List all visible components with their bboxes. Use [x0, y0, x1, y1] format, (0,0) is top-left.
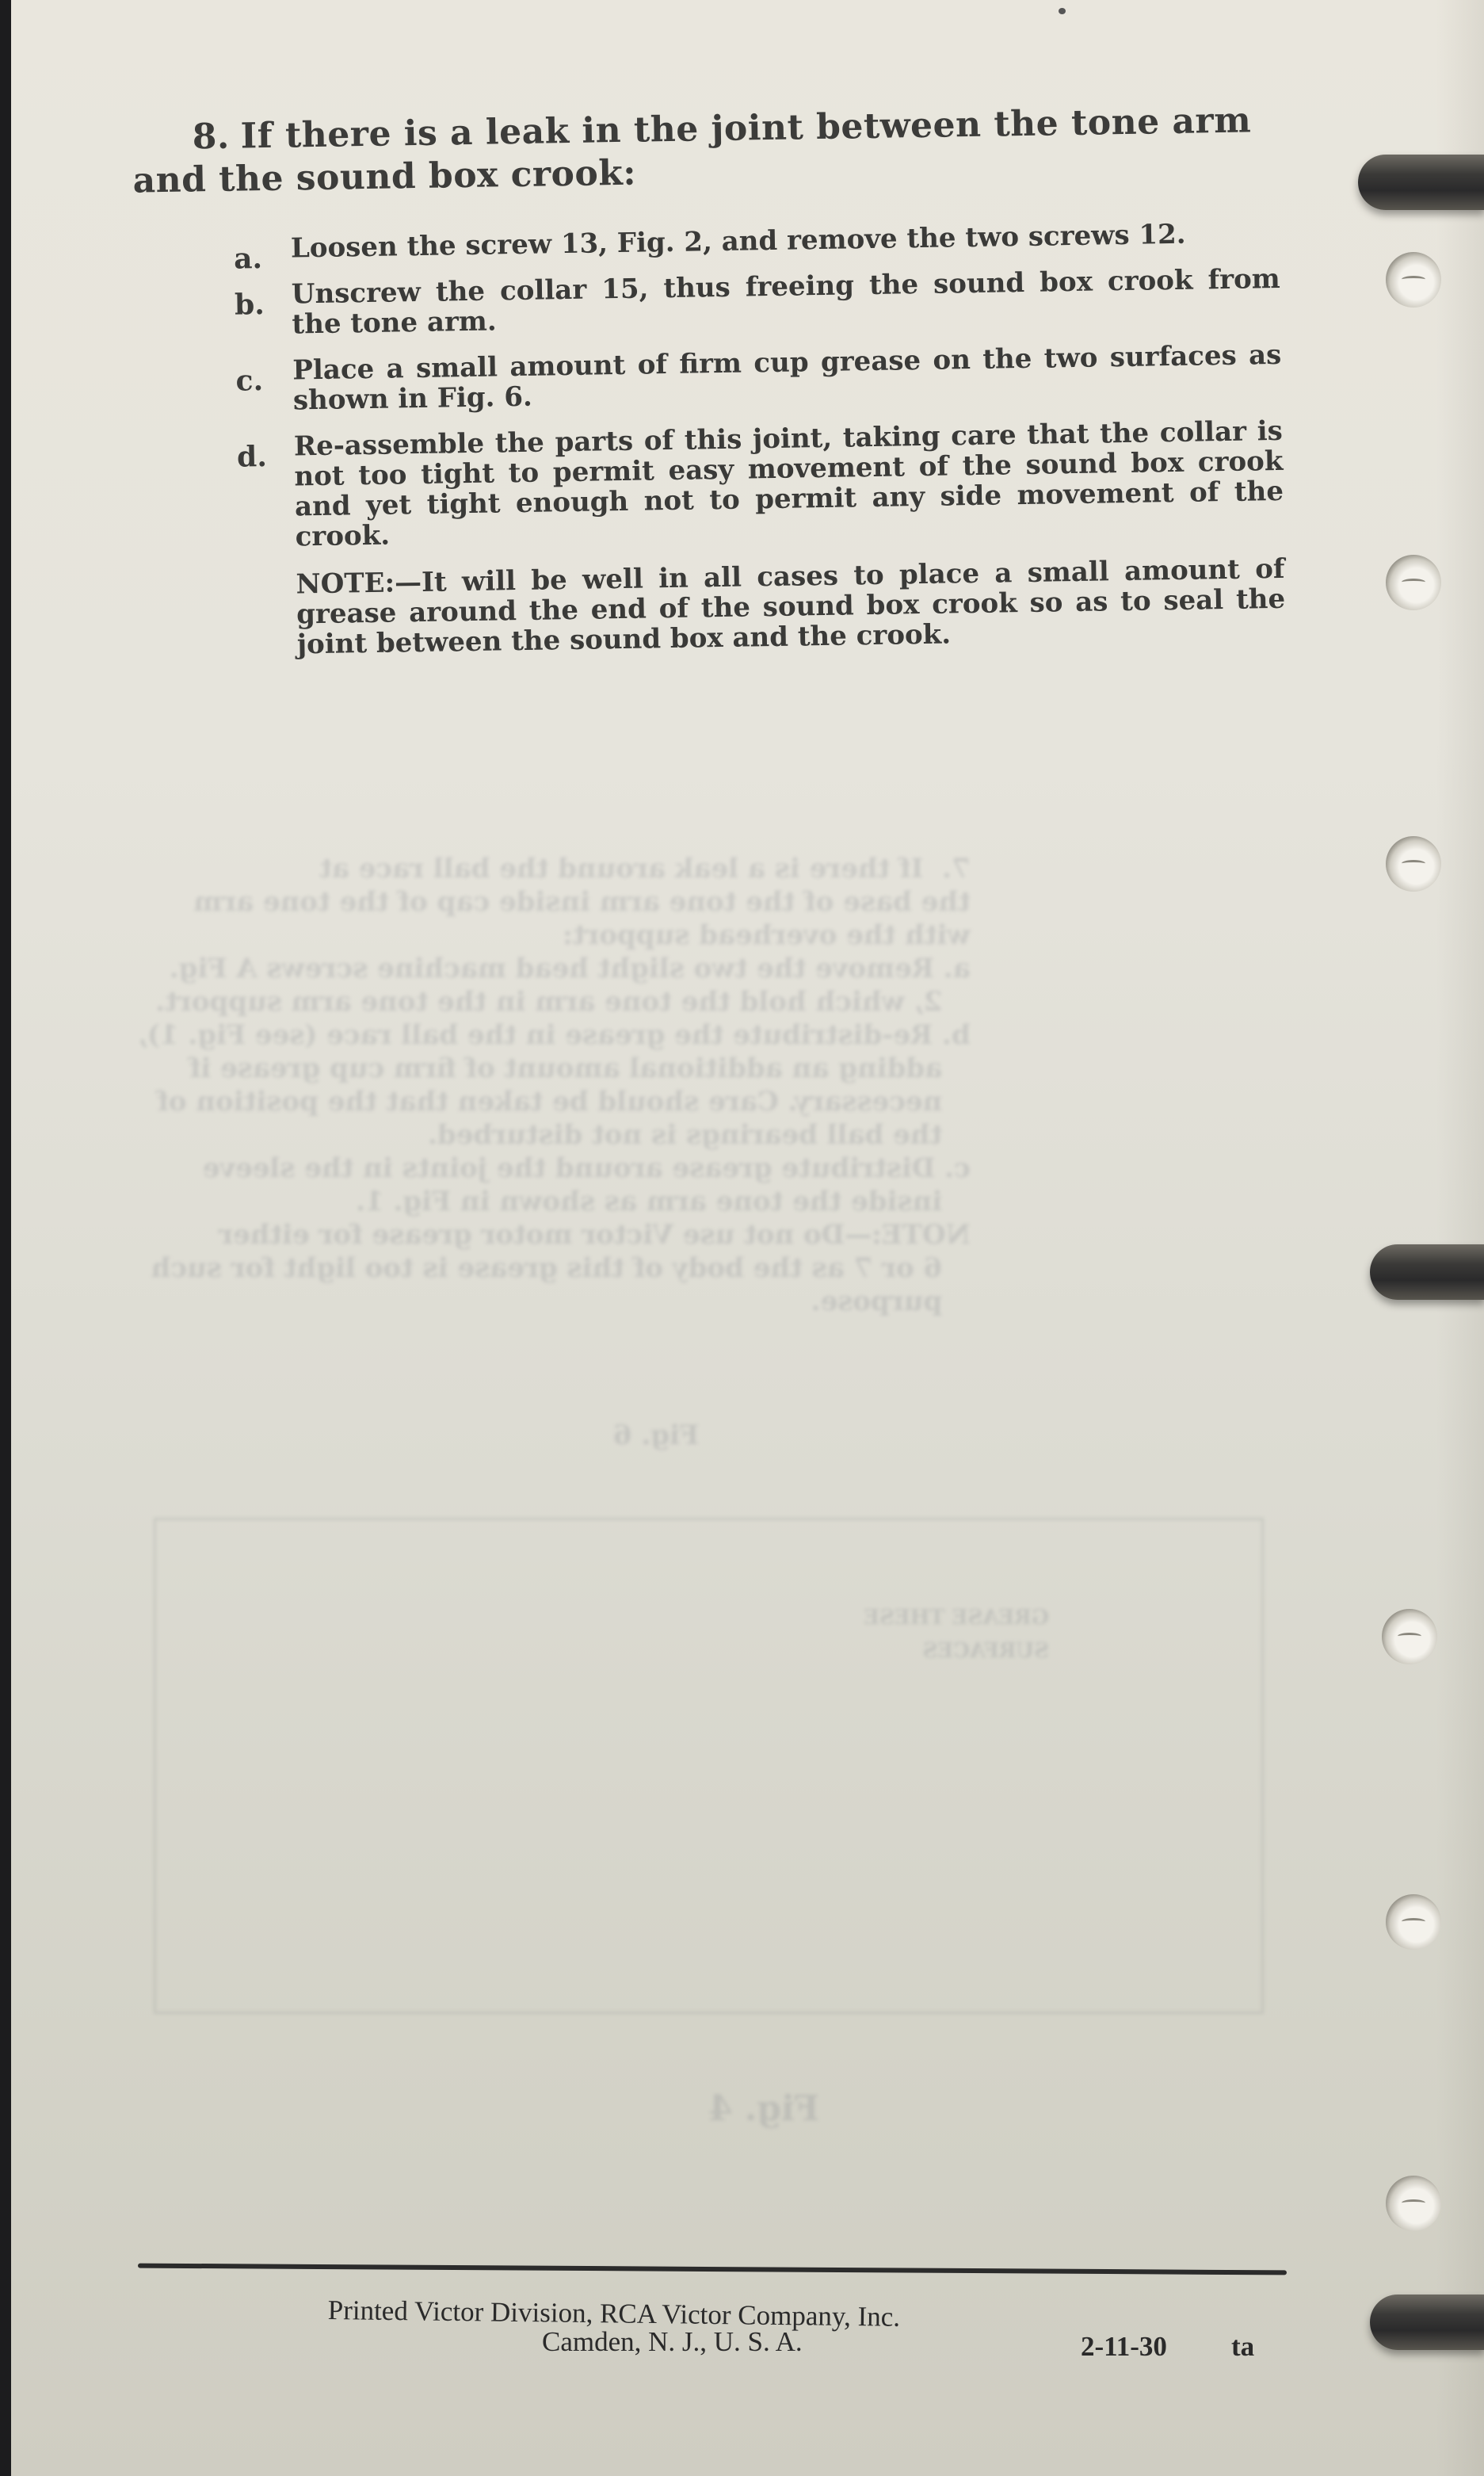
section-heading: 8.If there is a leak in the joint betwee…	[132, 99, 1282, 203]
bleed-through-figure-label: GREASE THESE SURFACES	[843, 1601, 1049, 1668]
footer-rule	[138, 2264, 1287, 2275]
footer-date-code: 2-11-30	[1081, 2331, 1167, 2363]
step-text: Loosen the screw 13, Fig. 2, and remove …	[291, 218, 1280, 264]
footer: Printed Victor Division, RCA Victor Comp…	[328, 2295, 1279, 2358]
binder-hole-icon	[1386, 555, 1441, 610]
binder-hole-icon	[1386, 2176, 1441, 2231]
step-list: a. Loosen the screw 13, Fig. 2, and remo…	[234, 218, 1286, 661]
step-a: a. Loosen the screw 13, Fig. 2, and remo…	[234, 218, 1280, 265]
binder-ring-icon	[1358, 155, 1484, 210]
note-text: NOTE:—It will be well in all cases to pl…	[296, 554, 1286, 660]
footer-suffix: ta	[1231, 2331, 1254, 2363]
binder-ring-icon	[1370, 1244, 1484, 1300]
step-letter: c.	[235, 364, 263, 398]
bleed-through-text: 7. If there is a leak around the ball ra…	[138, 852, 971, 1318]
step-b: b. Unscrew the collar 15, thus freeing t…	[235, 264, 1281, 341]
step-c: c. Place a small amount of firm cup grea…	[235, 340, 1282, 417]
step-text: Unscrew the collar 15, thus freeing the …	[292, 264, 1281, 340]
bleed-through-bottom-caption: Fig. 4	[708, 2092, 819, 2126]
binder-hole-icon	[1382, 1609, 1437, 1664]
binder-hole-icon	[1386, 836, 1441, 892]
step-text: Place a small amount of firm cup grease …	[292, 340, 1282, 416]
binder-hole-icon	[1386, 1894, 1441, 1950]
bleed-through-caption: Fig. 6	[613, 1419, 699, 1452]
step-letter: a.	[234, 242, 263, 276]
step-letter: d.	[237, 440, 267, 474]
section-number: 8.	[192, 116, 230, 159]
binder-hole-icon	[1386, 252, 1441, 308]
document-page: 7. If there is a leak around the ball ra…	[11, 0, 1484, 2476]
binder-ring-icon	[1370, 2295, 1484, 2350]
step-d: d. Re-assemble the parts of this joint, …	[237, 416, 1284, 553]
bleed-through-figure	[154, 1518, 1264, 2014]
step-letter: b.	[235, 288, 265, 322]
page-edge-shadow	[1436, 0, 1484, 2476]
step-text: Re-assemble the parts of this joint, tak…	[294, 416, 1284, 552]
note: NOTE:—It will be well in all cases to pl…	[238, 554, 1286, 661]
section-heading-text: If there is a leak in the joint between …	[132, 100, 1251, 201]
ink-speck	[1059, 8, 1066, 14]
